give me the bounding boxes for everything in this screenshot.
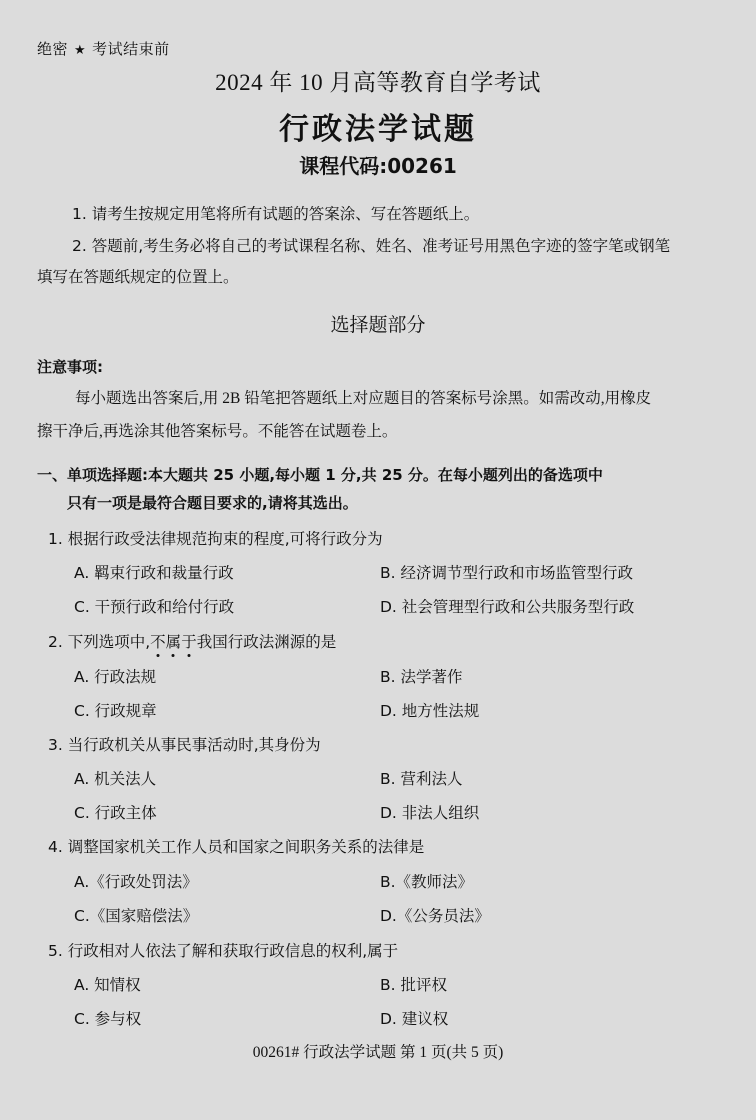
question-2-option-a: A. 行政法规 [74,665,156,687]
question-5-option-d: D. 建议权 [380,1007,448,1029]
emphasis-char: 于 [181,630,197,652]
confidential-text: 绝密 [37,40,68,58]
part-one-heading-continued: 只有一项是最符合题目要求的,请将其选出。 [67,492,358,513]
instruction-item-2-continued: 填写在答题纸规定的位置上。 [37,265,239,287]
question-2-option-b: B. 法学著作 [380,665,463,687]
question-3-option-b: B. 营利法人 [380,767,463,789]
question-5-option-b: B. 批评权 [380,973,447,995]
question-4-option-a: A.《行政处罚法》 [74,870,198,892]
notes-body-line-1: 每小题选出答案后,用 2B 铅笔把答题纸上对应题目的答案标号涂黑。如需改动,用橡… [75,386,651,408]
question-1-option-d: D. 社会管理型行政和公共服务型行政 [380,595,634,617]
question-5-stem: 5. 行政相对人依法了解和获取行政信息的权利,属于 [48,939,398,961]
page-footer: 00261# 行政法学试题 第 1 页(共 5 页) [0,1040,756,1062]
question-4-option-b: B.《教师法》 [380,870,473,892]
question-2-option-c: C. 行政规章 [74,699,157,721]
subject-title: 行政法学试题 [0,104,756,148]
question-2-stem-after: 我国行政法渊源的是 [197,633,337,651]
question-3-stem: 3. 当行政机关从事民事活动时,其身份为 [48,733,321,755]
question-3-option-a: A. 机关法人 [74,767,156,789]
question-5-option-c: C. 参与权 [74,1007,141,1029]
emphasis-char: 不 [150,630,166,652]
star-icon: ★ [74,43,86,58]
section-heading: 选择题部分 [0,310,756,337]
question-4-option-c: C.《国家赔偿法》 [74,904,198,926]
emphasis-char: 属 [166,630,182,652]
question-4-stem: 4. 调整国家机关工作人员和国家之间职务关系的法律是 [48,835,424,857]
instruction-item-2: 2. 答题前,考生务必将自己的考试课程名称、姓名、准考证号用黑色字迹的签字笔或钢… [72,234,670,256]
question-2-stem: 2. 下列选项中,不属于我国行政法渊源的是 [48,630,336,652]
question-2-stem-before: 2. 下列选项中, [48,633,150,651]
question-3-option-c: C. 行政主体 [74,801,157,823]
course-code: 课程代码:00261 [0,150,756,179]
question-5-option-a: A. 知情权 [74,973,141,995]
notes-body-line-2: 擦干净后,再选涂其他答案标号。不能答在试题卷上。 [37,419,397,441]
question-1-option-c: C. 干预行政和给付行政 [74,595,234,617]
confidential-label: 绝密★考试结束前 [37,38,170,59]
part-one-heading: 一、单项选择题:本大题共 25 小题,每小题 1 分,共 25 分。在每小题列出… [37,464,603,485]
notes-label: 注意事项: [37,356,103,377]
exam-title: 2024 年 10 月高等教育自学考试 [0,64,756,97]
question-4-option-d: D.《公务员法》 [380,904,490,926]
question-2-option-d: D. 地方性法规 [380,699,479,721]
question-3-option-d: D. 非法人组织 [380,801,479,823]
question-1-stem: 1. 根据行政受法律规范拘束的程度,可将行政分为 [48,527,383,549]
before-exam-end-text: 考试结束前 [92,40,170,58]
question-1-option-b: B. 经济调节型行政和市场监管型行政 [380,561,633,583]
instruction-item-1: 1. 请考生按规定用笔将所有试题的答案涂、写在答题纸上。 [72,202,479,224]
question-1-option-a: A. 羁束行政和裁量行政 [74,561,234,583]
